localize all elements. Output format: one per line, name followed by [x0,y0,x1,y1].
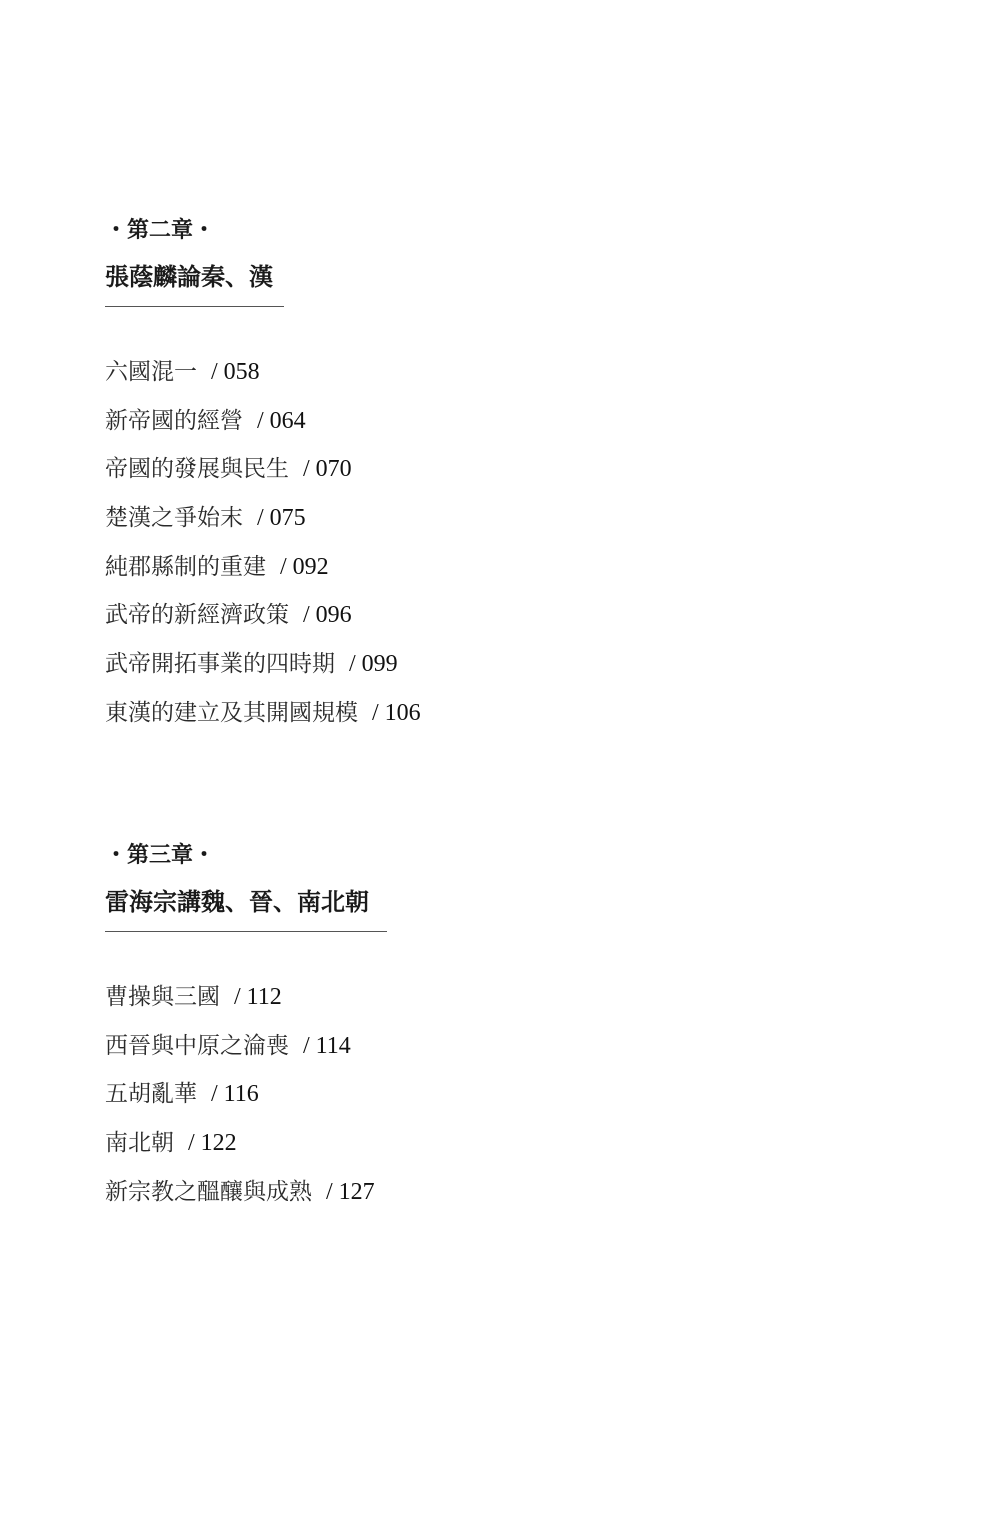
entry-title: 帝國的發展與民生 [105,456,289,482]
toc-entry[interactable]: 新宗教之醞釀與成熟/127 [105,1177,387,1226]
toc-entry[interactable]: 帝國的發展與民生/070 [105,454,421,503]
page-number: 112 [247,984,282,1010]
entry-title: 武帝開拓事業的四時期 [105,651,335,677]
separator: / [188,1130,195,1156]
chapter-2-section: ・第二章・ 張蔭麟論秦、漢 六國混一/058 新帝國的經營/064 帝國的發展與… [105,215,421,747]
separator: / [257,408,264,434]
page-number: 064 [270,408,306,434]
separator: / [234,984,241,1010]
separator: / [303,1033,310,1059]
page-number: 122 [201,1130,237,1156]
page-number: 114 [316,1033,351,1059]
page-number: 070 [316,456,352,482]
chapter-label: ・第三章・ [105,840,387,870]
toc-entry[interactable]: 曹操與三國/112 [105,982,387,1031]
entry-title: 武帝的新經濟政策 [105,602,289,628]
entry-title: 楚漢之爭始末 [105,505,243,531]
separator: / [257,505,264,531]
page-number: 106 [385,700,421,726]
separator: / [211,1081,218,1107]
chapter-divider [105,931,387,932]
chapter-divider [105,306,284,307]
toc-entry[interactable]: 純郡縣制的重建/092 [105,552,421,601]
entry-title: 南北朝 [105,1130,174,1156]
page-number: 058 [224,359,260,385]
entry-title: 新帝國的經營 [105,408,243,434]
chapter-3-section: ・第三章・ 雷海宗講魏、晉、南北朝 曹操與三國/112 西晉與中原之淪喪/114… [105,840,387,1225]
toc-list: 六國混一/058 新帝國的經營/064 帝國的發展與民生/070 楚漢之爭始末/… [105,357,421,747]
toc-entry[interactable]: 武帝開拓事業的四時期/099 [105,649,421,698]
separator: / [280,554,287,580]
separator: / [303,456,310,482]
chapter-title: 張蔭麟論秦、漢 [105,261,273,293]
toc-entry[interactable]: 六國混一/058 [105,357,421,406]
separator: / [349,651,356,677]
separator: / [303,602,310,628]
toc-entry[interactable]: 東漢的建立及其開國規模/106 [105,698,421,747]
page-number: 075 [270,505,306,531]
page-number: 096 [316,602,352,628]
page-number: 099 [362,651,398,677]
toc-entry[interactable]: 西晉與中原之淪喪/114 [105,1031,387,1080]
chapter-label: ・第二章・ [105,215,421,245]
toc-entry[interactable]: 新帝國的經營/064 [105,406,421,455]
entry-title: 曹操與三國 [105,984,220,1010]
toc-entry[interactable]: 五胡亂華/116 [105,1079,387,1128]
entry-title: 新宗教之醞釀與成熟 [105,1179,312,1205]
page-number: 116 [224,1081,259,1107]
separator: / [211,359,218,385]
toc-entry[interactable]: 南北朝/122 [105,1128,387,1177]
separator: / [372,700,379,726]
page-number: 127 [339,1179,375,1205]
separator: / [326,1179,333,1205]
page-number: 092 [293,554,329,580]
entry-title: 六國混一 [105,359,197,385]
toc-list: 曹操與三國/112 西晉與中原之淪喪/114 五胡亂華/116 南北朝/122 … [105,982,387,1225]
entry-title: 西晉與中原之淪喪 [105,1033,289,1059]
entry-title: 東漢的建立及其開國規模 [105,700,358,726]
entry-title: 五胡亂華 [105,1081,197,1107]
toc-entry[interactable]: 武帝的新經濟政策/096 [105,600,421,649]
chapter-title: 雷海宗講魏、晉、南北朝 [105,886,369,918]
entry-title: 純郡縣制的重建 [105,554,266,580]
toc-entry[interactable]: 楚漢之爭始末/075 [105,503,421,552]
